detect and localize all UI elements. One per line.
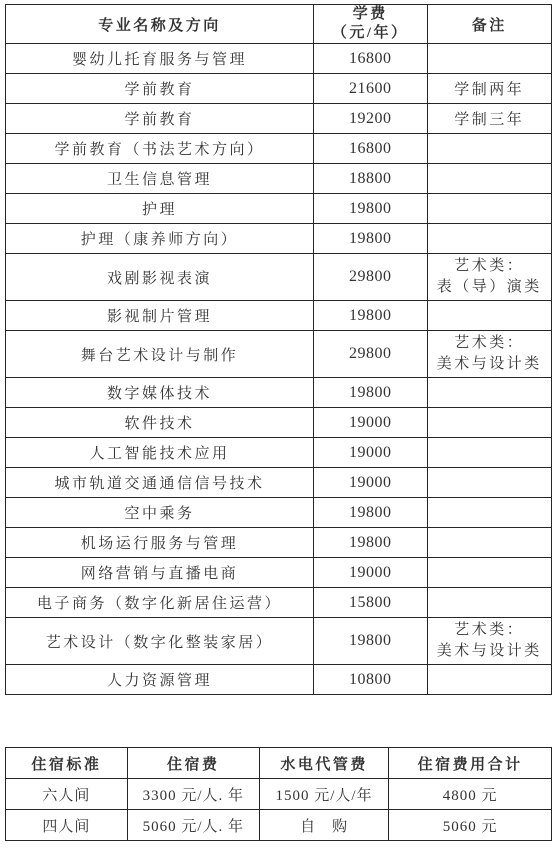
- tuition-table-body: 婴幼儿托育服务与管理16800学前教育21600学制两年学前教育19200学制三…: [6, 44, 552, 695]
- accommodation-table: 住宿标准 住宿费 水电代管费 住宿费用合计 六人间3300 元/人. 年1500…: [5, 747, 552, 841]
- header-total-fee: 住宿费用合计: [389, 748, 552, 779]
- tuition-row: 婴幼儿托育服务与管理16800: [6, 44, 552, 74]
- room-standard-cell: 四人间: [6, 810, 128, 841]
- tuition-header-row: 专业名称及方向 学费 （元/年） 备注: [6, 5, 552, 44]
- fee-cell: 19200: [313, 104, 427, 134]
- tuition-row: 人力资源管理10800: [6, 665, 552, 695]
- major-cell: 城市轨道交通通信信号技术: [6, 468, 314, 498]
- tuition-row: 人工智能技术应用19000: [6, 438, 552, 468]
- remark-line: 艺术类：: [431, 620, 549, 641]
- accommodation-table-body: 六人间3300 元/人. 年1500 元/人/年4800 元四人间5060 元/…: [6, 779, 552, 841]
- remark-cell: [427, 558, 552, 588]
- tuition-row: 影视制片管理19800: [6, 301, 552, 331]
- remark-cell: [427, 665, 552, 695]
- fee-cell: 21600: [313, 74, 427, 104]
- remark-cell: [427, 468, 552, 498]
- tuition-row: 学前教育19200学制三年: [6, 104, 552, 134]
- major-cell: 学前教育（书法艺术方向）: [6, 134, 314, 164]
- major-cell: 空中乘务: [6, 498, 314, 528]
- remark-cell: [427, 224, 552, 254]
- tuition-row: 卫生信息管理18800: [6, 164, 552, 194]
- major-cell: 软件技术: [6, 408, 314, 438]
- room-fee-cell: 5060 元/人. 年: [127, 810, 259, 841]
- remark-cell: [427, 438, 552, 468]
- header-major: 专业名称及方向: [6, 5, 314, 44]
- fee-cell: 19800: [313, 498, 427, 528]
- header-fee-line2: （元/年）: [317, 24, 424, 43]
- tuition-row: 艺术设计（数字化整装家居）19800艺术类：美术与设计类: [6, 618, 552, 665]
- fee-cell: 19000: [313, 468, 427, 498]
- fee-cell: 29800: [313, 254, 427, 301]
- tuition-row: 城市轨道交通通信信号技术19000: [6, 468, 552, 498]
- accommodation-row: 四人间5060 元/人. 年自 购5060 元: [6, 810, 552, 841]
- remark-cell: [427, 44, 552, 74]
- major-cell: 机场运行服务与管理: [6, 528, 314, 558]
- fee-cell: 19800: [313, 301, 427, 331]
- remark-cell: 学制三年: [427, 104, 552, 134]
- major-cell: 网络营销与直播电商: [6, 558, 314, 588]
- tuition-row: 舞台艺术设计与制作29800艺术类：美术与设计类: [6, 331, 552, 378]
- major-cell: 卫生信息管理: [6, 164, 314, 194]
- fee-cell: 19800: [313, 224, 427, 254]
- major-cell: 学前教育: [6, 104, 314, 134]
- fee-cell: 29800: [313, 331, 427, 378]
- tuition-row: 电子商务（数字化新居住运营）15800: [6, 588, 552, 618]
- remark-line: 艺术类：: [431, 256, 549, 277]
- remark-cell: [427, 378, 552, 408]
- fee-cell: 15800: [313, 588, 427, 618]
- header-remark: 备注: [427, 5, 552, 44]
- fee-cell: 19800: [313, 618, 427, 665]
- tuition-row: 学前教育（书法艺术方向）16800: [6, 134, 552, 164]
- major-cell: 戏剧影视表演: [6, 254, 314, 301]
- header-room-standard: 住宿标准: [6, 748, 128, 779]
- header-fee-line1: 学费: [317, 5, 424, 24]
- major-cell: 婴幼儿托育服务与管理: [6, 44, 314, 74]
- tuition-row: 护理19800: [6, 194, 552, 224]
- fee-cell: 19000: [313, 438, 427, 468]
- fee-cell: 18800: [313, 164, 427, 194]
- tuition-row: 学前教育21600学制两年: [6, 74, 552, 104]
- fee-cell: 19000: [313, 408, 427, 438]
- remark-cell: [427, 134, 552, 164]
- remark-cell: 艺术类：美术与设计类: [427, 331, 552, 378]
- tuition-row: 机场运行服务与管理19800: [6, 528, 552, 558]
- fee-cell: 19800: [313, 528, 427, 558]
- remark-cell: [427, 194, 552, 224]
- major-cell: 影视制片管理: [6, 301, 314, 331]
- fee-cell: 19800: [313, 378, 427, 408]
- major-cell: 艺术设计（数字化整装家居）: [6, 618, 314, 665]
- utilities-fee-cell: 1500 元/人/年: [259, 779, 388, 810]
- remark-cell: [427, 164, 552, 194]
- fee-cell: 16800: [313, 134, 427, 164]
- fee-cell: 19800: [313, 194, 427, 224]
- accommodation-row: 六人间3300 元/人. 年1500 元/人/年4800 元: [6, 779, 552, 810]
- remark-line: 表（导）演类: [431, 277, 549, 298]
- fee-cell: 16800: [313, 44, 427, 74]
- header-room-fee: 住宿费: [127, 748, 259, 779]
- remark-cell: [427, 498, 552, 528]
- tuition-row: 戏剧影视表演29800艺术类：表（导）演类: [6, 254, 552, 301]
- room-standard-cell: 六人间: [6, 779, 128, 810]
- tuition-row: 空中乘务19800: [6, 498, 552, 528]
- major-cell: 电子商务（数字化新居住运营）: [6, 588, 314, 618]
- major-cell: 护理（康养师方向）: [6, 224, 314, 254]
- fee-cell: 19000: [313, 558, 427, 588]
- room-fee-cell: 3300 元/人. 年: [127, 779, 259, 810]
- tuition-row: 数字媒体技术19800: [6, 378, 552, 408]
- remark-cell: [427, 408, 552, 438]
- major-cell: 护理: [6, 194, 314, 224]
- fee-cell: 10800: [313, 665, 427, 695]
- remark-cell: [427, 528, 552, 558]
- remark-line: 美术与设计类: [431, 354, 549, 375]
- header-fee: 学费 （元/年）: [313, 5, 427, 44]
- tuition-row: 软件技术19000: [6, 408, 552, 438]
- remark-cell: 学制两年: [427, 74, 552, 104]
- remark-line: 美术与设计类: [431, 641, 549, 662]
- tuition-row: 网络营销与直播电商19000: [6, 558, 552, 588]
- major-cell: 人力资源管理: [6, 665, 314, 695]
- major-cell: 人工智能技术应用: [6, 438, 314, 468]
- remark-cell: [427, 588, 552, 618]
- document-page: 专业名称及方向 学费 （元/年） 备注 婴幼儿托育服务与管理16800学前教育2…: [0, 0, 557, 859]
- tuition-row: 护理（康养师方向）19800: [6, 224, 552, 254]
- remark-line: 艺术类：: [431, 333, 549, 354]
- tuition-table: 专业名称及方向 学费 （元/年） 备注 婴幼儿托育服务与管理16800学前教育2…: [5, 4, 552, 695]
- major-cell: 舞台艺术设计与制作: [6, 331, 314, 378]
- remark-cell: 艺术类：美术与设计类: [427, 618, 552, 665]
- header-utilities-fee: 水电代管费: [259, 748, 388, 779]
- total-fee-cell: 5060 元: [389, 810, 552, 841]
- major-cell: 数字媒体技术: [6, 378, 314, 408]
- total-fee-cell: 4800 元: [389, 779, 552, 810]
- accommodation-header-row: 住宿标准 住宿费 水电代管费 住宿费用合计: [6, 748, 552, 779]
- remark-cell: 艺术类：表（导）演类: [427, 254, 552, 301]
- remark-cell: [427, 301, 552, 331]
- utilities-fee-cell: 自 购: [259, 810, 388, 841]
- major-cell: 学前教育: [6, 74, 314, 104]
